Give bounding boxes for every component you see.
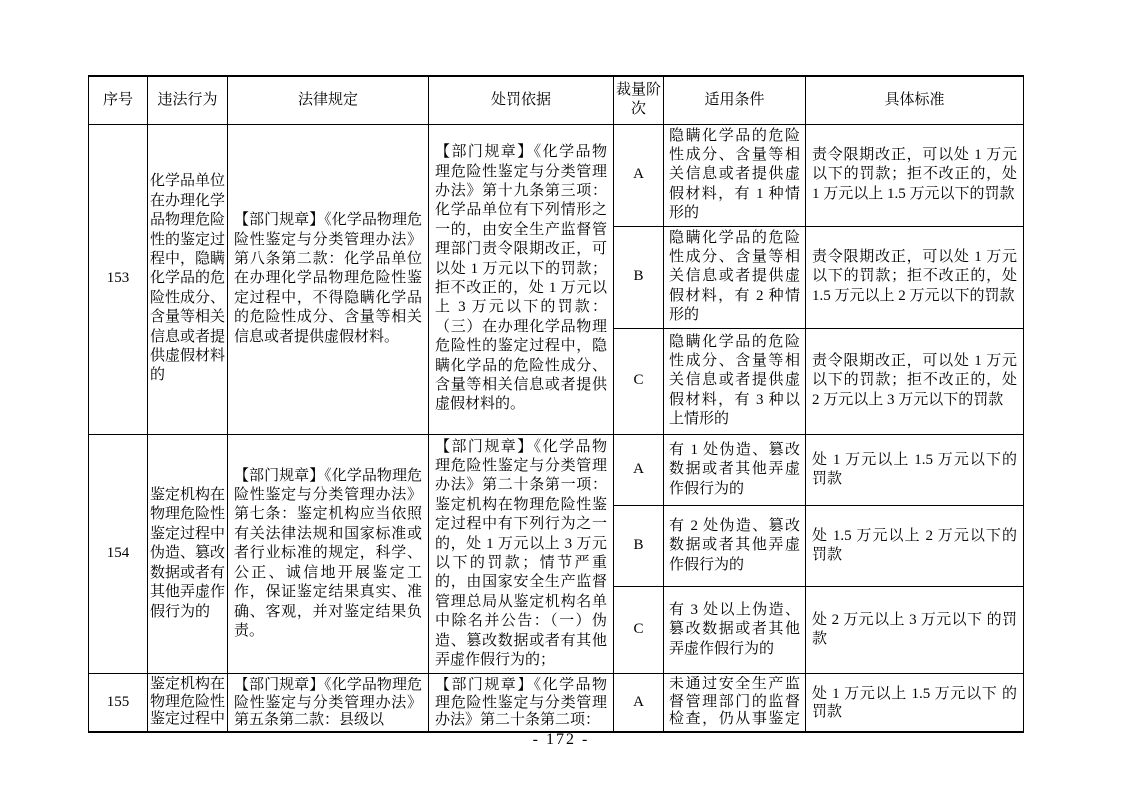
penalty-standards-table: 序号 违法行为 法律规定 处罚依据 裁量阶次 适用条件 具体标准 153 化学品… bbox=[88, 75, 1024, 733]
condition-cell: 隐瞒化学品的危险性成分、含量等相关信息或者提供虚假材料，有 1 种情形的 bbox=[664, 124, 806, 226]
table-row: 154 鉴定机构在物理危险性鉴定过程中伪造、篡改数据或者有其他弄虚作假行为的 【… bbox=[89, 434, 1024, 506]
standard-text: 处 1 万元以上 1.5 万元以下 的罚款 bbox=[812, 685, 1017, 721]
standard-cell: 处 1 万元以上 1.5 万元以下 的罚款 bbox=[806, 674, 1024, 733]
grade-cell: A bbox=[614, 124, 664, 226]
law-text: 【部门规章】《化学品物理危险性鉴定与分类管理办法》第五条第二款：县级以 bbox=[234, 677, 422, 728]
condition-text: 未通过安全生产监督管理部门的监督检查，仍从事鉴定工 bbox=[669, 676, 800, 727]
table-row: 155 鉴定机构在物理危险性鉴定过程中 【部门规章】《化学品物理危险性鉴定与分类… bbox=[89, 674, 1024, 733]
grade-cell: A bbox=[614, 434, 664, 506]
behavior-text: 鉴定机构在物理危险性鉴定过程中 bbox=[150, 676, 225, 727]
standard-cell: 处 1.5 万元以上 2 万元以下的罚款 bbox=[806, 506, 1024, 586]
grade-cell: A bbox=[614, 674, 664, 733]
col-header-no: 序号 bbox=[89, 76, 148, 124]
col-header-basis: 处罚依据 bbox=[429, 76, 614, 124]
condition-cell: 有 2 处伪造、篡改数据或者其他弄虚作假行为的 bbox=[664, 506, 806, 586]
standard-cell: 责令限期改正，可以处 1 万元以下的罚款；拒不改正的，处 1.5 万元以上 2 … bbox=[806, 226, 1024, 328]
standard-cell: 处 1 万元以上 1.5 万元以下的罚款 bbox=[806, 434, 1024, 506]
basis-text: 【部门规章】《化学品物理危险性鉴定与分类管理办法》第二十条第二项： bbox=[435, 677, 607, 728]
grade-cell: C bbox=[614, 586, 664, 674]
condition-cell: 未通过安全生产监督管理部门的监督检查，仍从事鉴定工 bbox=[664, 674, 806, 733]
law-cell: 【部门规章】《化学品物理危险性鉴定与分类管理办法》第五条第二款：县级以 bbox=[228, 674, 429, 733]
condition-cell: 有 1 处伪造、篡改数据或者其他弄虚作假行为的 bbox=[664, 434, 806, 506]
row-number: 153 bbox=[89, 124, 148, 434]
col-header-condition: 适用条件 bbox=[664, 76, 806, 124]
standard-cell: 责令限期改正，可以处 1 万元以下的罚款；拒不改正的，处 2 万元以上 3 万元… bbox=[806, 328, 1024, 434]
standard-cell: 处 2 万元以上 3 万元以下 的罚款 bbox=[806, 586, 1024, 674]
behavior-cell: 鉴定机构在物理危险性鉴定过程中伪造、篡改数据或者有其他弄虚作假行为的 bbox=[148, 434, 228, 674]
basis-cell: 【部门规章】《化学品物理危险性鉴定与分类管理办法》第二十条第二项： bbox=[429, 674, 614, 733]
behavior-cell: 化学品单位在办理化学品物理危险性的鉴定过程中，隐瞒化学品的危险性成分、含量等相关… bbox=[148, 124, 228, 434]
col-header-standard: 具体标准 bbox=[806, 76, 1024, 124]
condition-cell: 有 3 处以上伪造、篡改数据或者其他弄虚作假行为的 bbox=[664, 586, 806, 674]
basis-cell: 【部门规章】《化学品物理危险性鉴定与分类管理办法》第二十条第一项：鉴定机构在物理… bbox=[429, 434, 614, 674]
law-cell: 【部门规章】《化学品物理危险性鉴定与分类管理办法》第八条第二款：化学品单位在办理… bbox=[228, 124, 429, 434]
table-row: 153 化学品单位在办理化学品物理危险性的鉴定过程中，隐瞒化学品的危险性成分、含… bbox=[89, 124, 1024, 226]
basis-cell: 【部门规章】《化学品物理危险性鉴定与分类管理办法》第十九条第三项：化学品单位有下… bbox=[429, 124, 614, 434]
condition-cell: 隐瞒化学品的危险性成分、含量等相关信息或者提供虚假材料，有 2 种情形的 bbox=[664, 226, 806, 328]
condition-cell: 隐瞒化学品的危险性成分、含量等相关信息或者提供虚假材料，有 3 种以上情形的 bbox=[664, 328, 806, 434]
col-header-behavior: 违法行为 bbox=[148, 76, 228, 124]
grade-cell: B bbox=[614, 226, 664, 328]
row-number: 154 bbox=[89, 434, 148, 674]
page-number: - 172 - bbox=[0, 731, 1122, 749]
behavior-cell: 鉴定机构在物理危险性鉴定过程中 bbox=[148, 674, 228, 733]
row-number: 155 bbox=[89, 674, 148, 733]
col-header-grade: 裁量阶次 bbox=[614, 76, 664, 124]
col-header-law: 法律规定 bbox=[228, 76, 429, 124]
grade-cell: B bbox=[614, 506, 664, 586]
grade-cell: C bbox=[614, 328, 664, 434]
law-cell: 【部门规章】《化学品物理危险性鉴定与分类管理办法》第七条：鉴定机构应当依照有关法… bbox=[228, 434, 429, 674]
document-page: 序号 违法行为 法律规定 处罚依据 裁量阶次 适用条件 具体标准 153 化学品… bbox=[0, 0, 1122, 793]
table-header-row: 序号 违法行为 法律规定 处罚依据 裁量阶次 适用条件 具体标准 bbox=[89, 76, 1024, 124]
standard-cell: 责令限期改正，可以处 1 万元以下的罚款；拒不改正的，处 1 万元以上 1.5 … bbox=[806, 124, 1024, 226]
